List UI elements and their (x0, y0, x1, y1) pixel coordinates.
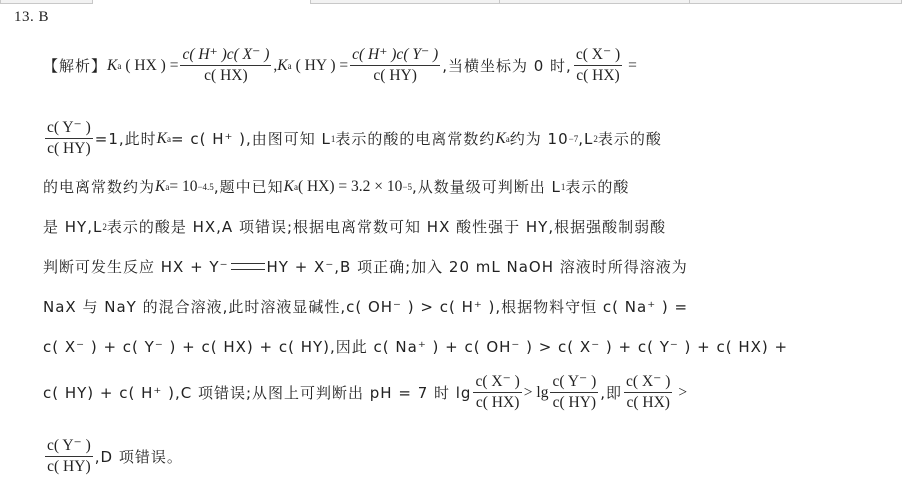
analysis-line-9: c( Y⁻ )c( HY) ,D 项错误。 (43, 437, 183, 476)
toolbar-box-4 (689, 0, 902, 4)
top-toolbar-strip (0, 0, 902, 4)
analysis-line-5: 判断可发生反应 HX + Y⁻ HY + X⁻,B 项正确;加入 20 mL N… (43, 256, 688, 277)
analysis-line-6: NaX 与 NaY 的混合溶液,此时溶液显碱性,c( OH⁻ ) > c( H⁺… (43, 296, 688, 317)
reaction-equals-sign (231, 263, 265, 270)
fraction-y-hy: c( Y⁻ )c( HY) (550, 373, 598, 412)
fraction-ka-hx: c( H⁺ )c( X⁻ )c( HX) (180, 46, 271, 85)
analysis-line-1: 【解析】 Ka ( HX ) = c( H⁺ )c( X⁻ )c( HX) , … (43, 46, 637, 85)
fraction-x-hx: c( X⁻ )c( HX) (574, 46, 622, 85)
fraction-x-hx: c( X⁻ )c( HX) (624, 373, 672, 412)
analysis-line-3: 的电离常数约为 Ka = 10−4.5 ,题中已知 Ka ( HX) = 3.2… (43, 176, 629, 197)
analysis-label: 【解析】 (43, 55, 107, 76)
fraction-y-hy: c( Y⁻ )c( HY) (45, 119, 93, 158)
fraction-ka-hy: c( H⁺ )c( Y⁻ )c( HY) (350, 46, 440, 85)
fraction-y-hy: c( Y⁻ )c( HY) (45, 437, 93, 476)
fraction-x-hx: c( X⁻ )c( HX) (473, 373, 521, 412)
toolbar-box-2 (310, 0, 501, 4)
question-number: 13. B (14, 9, 49, 26)
analysis-line-8: c( HY) + c( H⁺ ),C 项错误;从图上可判断出 pH = 7 时 … (43, 373, 687, 412)
analysis-line-4: 是 HY,L2 表示的酸是 HX,A 项错误;根据电离常数可知 HX 酸性强于 … (43, 216, 666, 237)
toolbar-box-3 (499, 0, 691, 4)
analysis-line-2: c( Y⁻ )c( HY) =1,此时 Ka = c( H⁺ ),由图可知 L1… (43, 119, 662, 158)
toolbar-box-1 (0, 0, 93, 4)
analysis-line-7: c( X⁻ ) + c( Y⁻ ) + c( HX) + c( HY),因此 c… (43, 336, 788, 357)
